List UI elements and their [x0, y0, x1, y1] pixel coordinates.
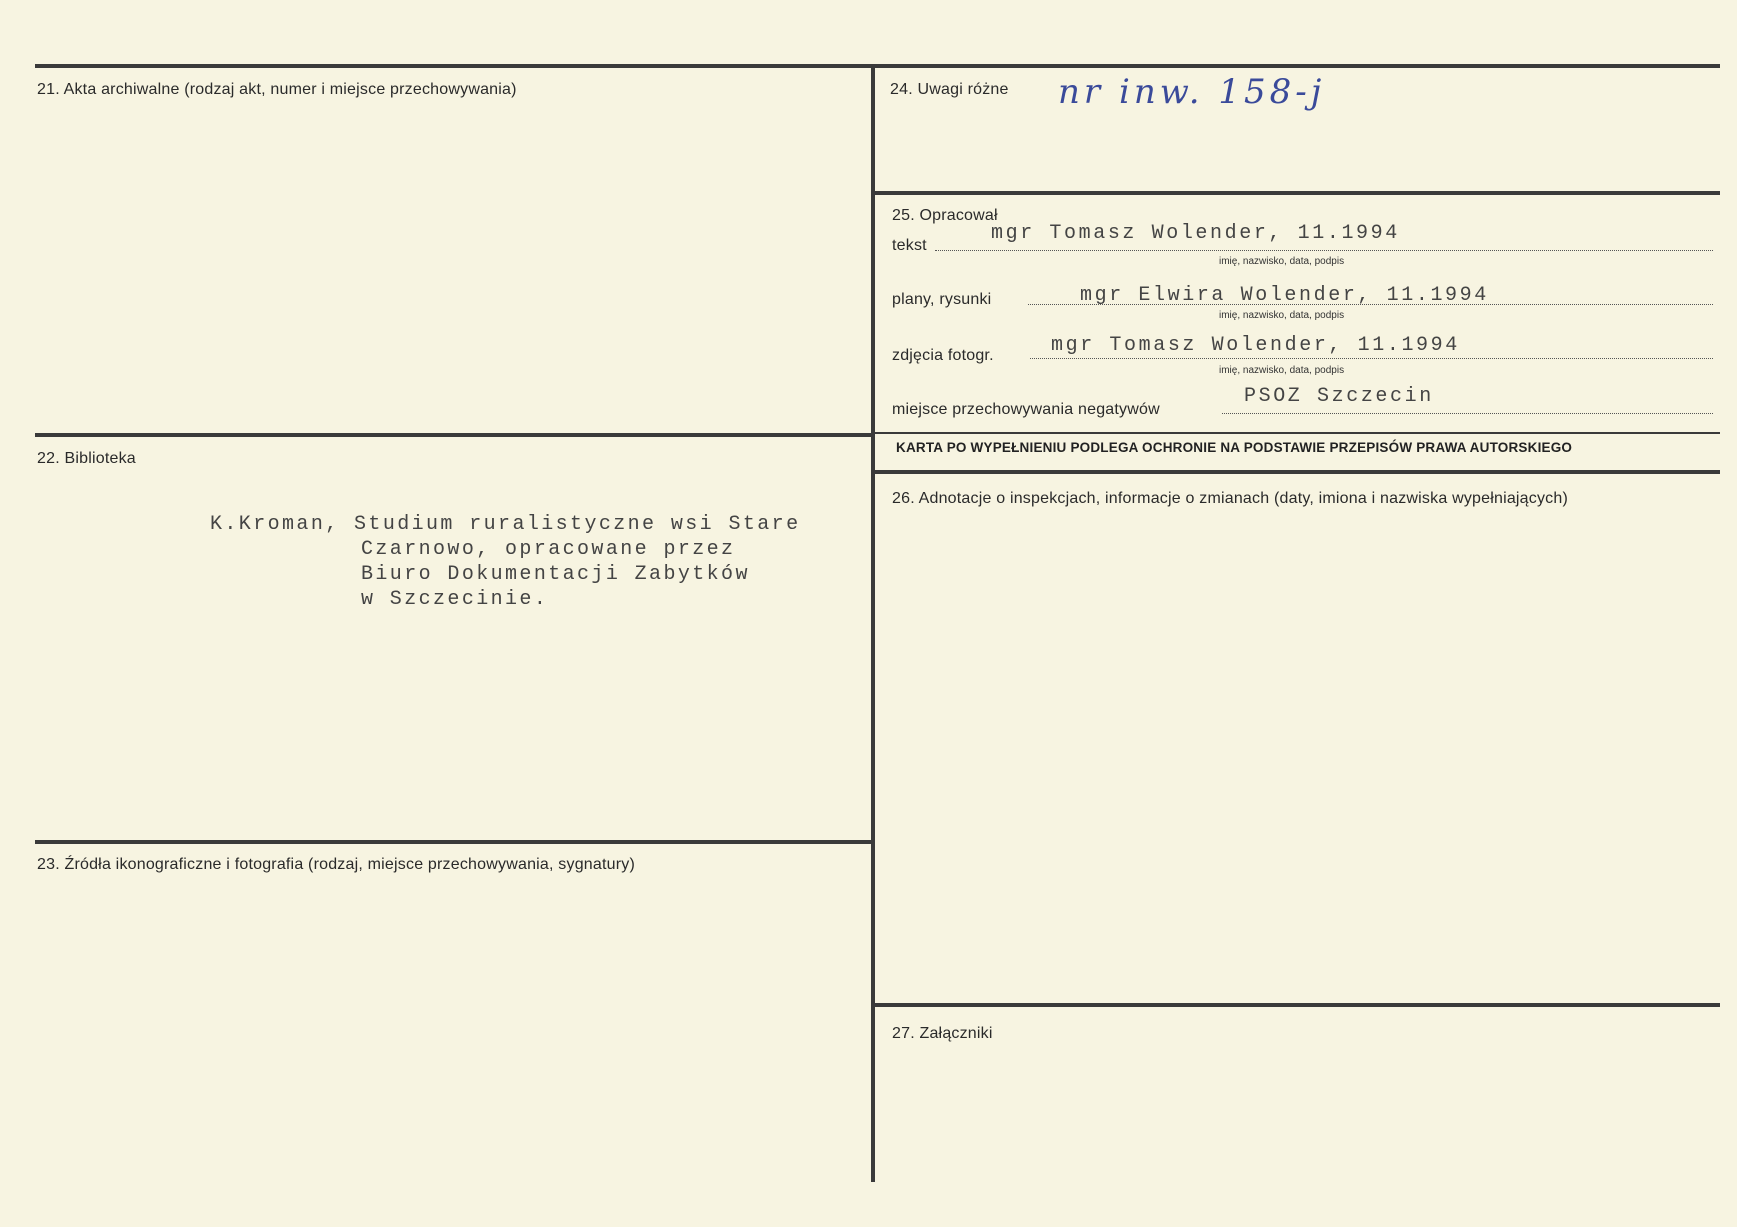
drawings-author-value: mgr Elwira Wolender, 11.1994	[1080, 284, 1489, 307]
text-author-value: mgr Tomasz Wolender, 11.1994	[991, 222, 1400, 245]
text-author-line	[935, 250, 1713, 251]
section-22-label: 22. Biblioteka	[37, 450, 136, 468]
drawings-author-caption: imię, nazwisko, data, podpis	[1219, 310, 1344, 321]
library-line-1: K.Kroman, Studium ruralistyczne wsi Star…	[210, 512, 800, 537]
drawings-author-label: plany, rysunki	[892, 291, 991, 309]
rule-above-section-26	[874, 470, 1720, 474]
copyright-notice: KARTA PO WYPEŁNIENIU PODLEGA OCHRONIE NA…	[896, 440, 1572, 455]
negatives-location-value: PSOZ Szczecin	[1244, 385, 1434, 408]
photos-author-line	[1030, 358, 1713, 359]
text-author-label: tekst	[892, 237, 927, 255]
section-26-label: 26. Adnotacje o inspekcjach, informacje …	[892, 490, 1568, 508]
inventory-number-handwritten: nr inw. 158-j	[1058, 72, 1325, 112]
rule-above-section-22	[35, 433, 873, 437]
section-27-label: 27. Załączniki	[892, 1025, 993, 1043]
rule-above-notice	[874, 432, 1720, 434]
photos-author-value: mgr Tomasz Wolender, 11.1994	[1051, 334, 1460, 357]
section-22-value: K.Kroman, Studium ruralistyczne wsi Star…	[210, 512, 800, 612]
negatives-location-line	[1222, 413, 1713, 414]
library-line-4: w Szczecinie.	[210, 587, 800, 612]
photos-author-caption: imię, nazwisko, data, podpis	[1219, 365, 1344, 376]
negatives-location-label: miejsce przechowywania negatywów	[892, 401, 1160, 419]
section-24-label: 24. Uwagi różne	[890, 81, 1009, 99]
section-23-label: 23. Źródła ikonograficzne i fotografia (…	[37, 856, 635, 874]
rule-above-section-27	[874, 1003, 1720, 1007]
section-25-label: 25. Opracował	[892, 207, 998, 225]
rule-above-section-23	[35, 840, 873, 844]
rule-above-section-25	[874, 191, 1720, 195]
library-line-3: Biuro Dokumentacji Zabytków	[210, 562, 800, 587]
text-author-caption: imię, nazwisko, data, podpis	[1219, 256, 1344, 267]
center-divider	[871, 64, 875, 1182]
photos-author-label: zdjęcia fotogr.	[892, 347, 994, 365]
section-21-label: 21. Akta archiwalne (rodzaj akt, numer i…	[37, 81, 517, 99]
top-rule	[35, 64, 1720, 68]
library-line-2: Czarnowo, opracowane przez	[210, 537, 800, 562]
